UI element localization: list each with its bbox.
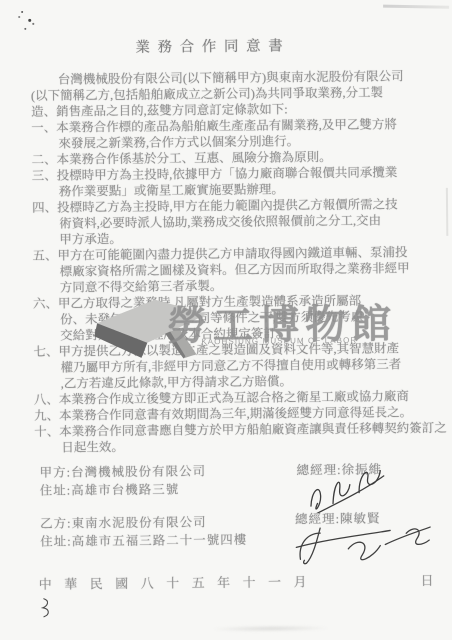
- document-title: 業 務 合 作 同 意 書: [135, 34, 284, 56]
- document-line: 日起生效。: [34, 436, 446, 456]
- scan-smudge: [213, 625, 328, 632]
- party-b-name: 乙方:東南水泥股份有限公司: [40, 512, 207, 532]
- scanned-document-page: 業 務 合 作 同 意 書 台灣機械股份有限公司(以下簡稱甲方)與東南水泥股份有…: [0, 0, 452, 640]
- scan-streak: [383, 5, 449, 9]
- document-body: 台灣機械股份有限公司(以下簡稱甲方)與東南水泥股份有限公司(以下簡稱乙方,包括船…: [31, 68, 447, 456]
- handwritten-mark: [37, 596, 55, 620]
- scan-edge-mark: [446, 188, 448, 236]
- party-a-signature: [300, 464, 392, 513]
- pencil-speck: [28, 19, 31, 22]
- party-a-address: 住址:高雄市台機路三號: [40, 479, 180, 498]
- watermark-en-text: KAOHSIUNG MUSEUM OF LABOR: [201, 336, 357, 346]
- party-b-signature: [290, 518, 435, 565]
- date-prefix: 中華民國八十五年十一月: [39, 574, 320, 592]
- pencil-speck: [24, 28, 26, 30]
- date-line: 中華民國八十五年十一月 日: [39, 570, 439, 593]
- pencil-speck: [18, 16, 20, 18]
- pencil-speck: [32, 23, 34, 25]
- date-day: 日: [421, 570, 434, 589]
- scan-content: 業 務 合 作 同 意 書 台灣機械股份有限公司(以下簡稱甲方)與東南水泥股份有…: [0, 0, 452, 640]
- party-b-address: 住址:高雄市五福三路二十一號四樓: [40, 530, 247, 550]
- pencil-speck: [21, 11, 23, 13]
- party-a-name: 甲方:台灣機械股份有限公司: [39, 461, 206, 481]
